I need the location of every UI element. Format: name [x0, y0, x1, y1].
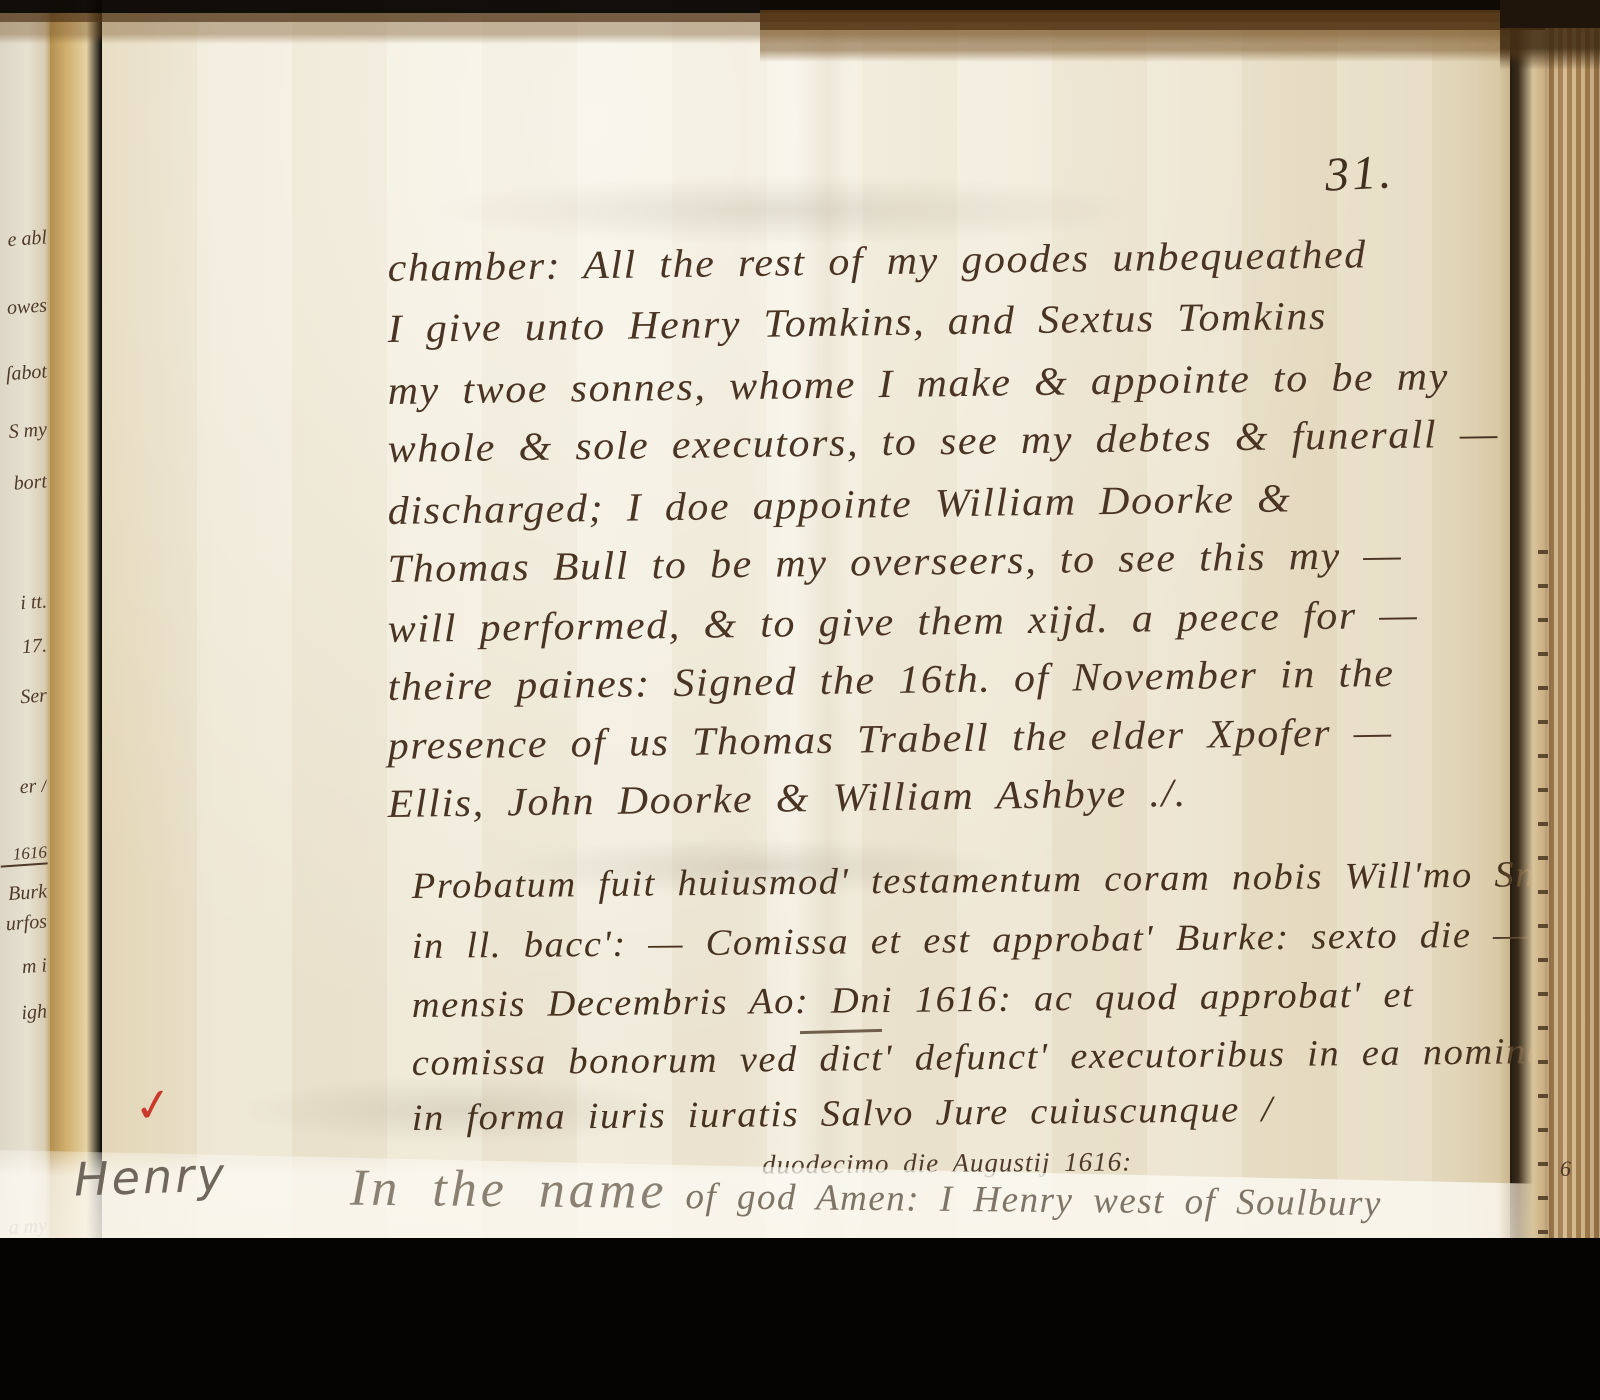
- marginalia-fragment: S my: [0, 418, 48, 444]
- marginalia-fragment: Burk: [0, 880, 48, 906]
- opening-words-large: In the name: [350, 1159, 668, 1221]
- book-fore-edge: [1545, 0, 1600, 1238]
- probate-line: mensis Decembris Ao: Dni 1616: ac quod a…: [412, 977, 1415, 1024]
- next-will-opening-line: In the name of god Amen: I Henry west of…: [350, 1159, 1382, 1229]
- marginalia-fragment: m i: [0, 954, 48, 980]
- facing-page-edge: e abl owes ſabot S my bort i tt. 17. Ser…: [0, 0, 50, 1238]
- page-top-edge-right: [760, 0, 1600, 90]
- marginalia-fragment: 17.: [0, 634, 48, 660]
- photo-frame: e abl owes ſabot S my bort i tt. 17. Ser…: [0, 0, 1600, 1238]
- check-mark: ✓: [130, 1076, 176, 1135]
- page-number: 31.: [1324, 144, 1396, 203]
- show-through-smudge: [430, 175, 1150, 245]
- marginalia-fragment: igh: [0, 1000, 48, 1026]
- marginalia-fragment: i tt.: [0, 590, 48, 616]
- manuscript-line: Ellis, John Doorke & William Ashbye ./.: [387, 773, 1187, 824]
- marginalia-fragment: bort: [0, 470, 48, 496]
- book-gutter: [50, 0, 102, 1238]
- marginalia-fragment: ſabot: [0, 360, 48, 386]
- fore-edge-tick-marks: [1538, 520, 1548, 1238]
- probate-line: in forma iuris iuratis Salvo Jure cuiusc…: [412, 1091, 1274, 1137]
- fore-edge-top-shadow: [1500, 0, 1600, 70]
- archivist-annotation: Henry: [73, 1147, 228, 1206]
- marginalia-fragment: urfos: [0, 910, 48, 936]
- marginalia-fragment: er /: [0, 774, 48, 800]
- marginalia-fragment: 1616: [0, 842, 48, 867]
- manuscript-photo-page: { "manuscript": { "page_number": "31.", …: [0, 0, 1600, 1400]
- marginalia-fragment: owes: [0, 294, 48, 320]
- marginalia-fragment: e abl: [0, 226, 48, 252]
- opening-words-rest: of god Amen: I Henry west of Soulbury: [685, 1175, 1382, 1225]
- fore-edge-ink-mark: 6: [1560, 1156, 1571, 1182]
- marginalia-fragment: Ser: [0, 684, 48, 710]
